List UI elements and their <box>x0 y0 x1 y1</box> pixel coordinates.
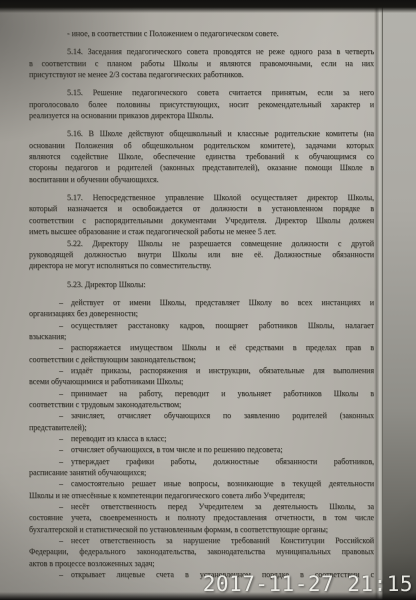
text-line: проголосовало более половины присутствую… <box>29 99 374 110</box>
text-line: 5.23. Директор Школы: <box>29 279 374 290</box>
text-line: Школы и не отнесённые к компетенции педа… <box>29 490 374 501</box>
text-line: – осуществляет расстановку кадров, поощр… <box>29 320 374 331</box>
document-page: - иное, в соответствии с Положением о пе… <box>0 3 382 600</box>
text-line: присутствуют не менее 2/3 состава педаго… <box>29 69 374 80</box>
text-line: 5.22. Директору Школы не разрешается сов… <box>29 238 374 249</box>
text-line: 5.15. Решение педагогического совета счи… <box>29 87 374 98</box>
text-line: соответствии с трудовым законодательство… <box>29 399 374 410</box>
page-fold-edge <box>374 0 383 600</box>
text-line: всеми обучающимися и работниками Школы; <box>29 376 374 387</box>
text-line: соответствии с распорядительными докумен… <box>29 215 374 226</box>
text-line: директора не могут исполняться по совмес… <box>29 260 374 271</box>
text-line: – переводит из класса в класс; <box>29 433 374 444</box>
text-line: руководящей должностью внутри Школы или … <box>29 249 374 260</box>
text-line: основании Положения об общешкольном роди… <box>29 140 374 151</box>
text-line: – действует от имени Школы, представляет… <box>29 297 374 308</box>
document-photo: - иное, в соответствии с Положением о пе… <box>0 0 416 600</box>
text-line: 5.14. Заседания педагогического совета п… <box>29 46 374 57</box>
text-line: воспитании и обучении обучающихся. <box>29 174 374 185</box>
text-line: расписание занятий обучающихся; <box>29 467 374 478</box>
text-line: который назначается и освобождается от д… <box>29 203 374 214</box>
text-line: – распоряжается имуществом Школы и её ср… <box>29 342 374 353</box>
text-line: актов в процессе возложенных задач; <box>29 558 374 569</box>
text-line: – несёт ответственность перед Учредителе… <box>29 501 374 512</box>
text-line: – утверждает графики работы, должностные… <box>29 456 374 467</box>
text-line: соответствии с действующим законодательс… <box>29 354 374 365</box>
text-line: представителей); <box>29 422 374 433</box>
text-line: Федерации, федерального законодательства… <box>29 546 374 557</box>
text-line: являются содействие Школе, обеспечение е… <box>29 151 374 162</box>
text-line: – принимает на работу, переводит и уволь… <box>29 388 374 399</box>
text-line: взыскания; <box>29 331 374 342</box>
text-line: - иное, в соответствии с Положением о пе… <box>29 28 374 39</box>
text-line: иметь высшее образование и стаж педагоги… <box>29 226 374 237</box>
text-line: – отчисляет обучающихся, в том числе и п… <box>29 444 374 455</box>
document-text: - иное, в соответствии с Положением о пе… <box>29 28 374 580</box>
text-line: реализуется на основании приказов директ… <box>29 110 374 121</box>
underlying-page-surface <box>383 0 416 600</box>
text-line: 5.16. В Школе действуют общешкольный и к… <box>29 128 374 139</box>
text-line: бухгалтерской и статистической по устано… <box>29 524 374 535</box>
text-line: – несет ответственность за нарушение тре… <box>29 535 374 546</box>
text-line: организациях без доверенности; <box>29 308 374 319</box>
text-line: в соответствии с планом работы Школы и я… <box>29 58 374 69</box>
text-line: состояние учета, своевременность и полно… <box>29 512 374 523</box>
text-line: – зачисляет, отчисляет обучающихся по за… <box>29 410 374 421</box>
text-line: 5.17. Непосредственное управление Школой… <box>29 192 374 203</box>
text-line: – издаёт приказы, распоряжения и инструк… <box>29 365 374 376</box>
text-line: стороны педагогов и родителей (законных … <box>29 162 374 173</box>
photo-top-edge <box>0 0 416 13</box>
camera-timestamp: 2017-11-27 21:15 <box>203 572 413 596</box>
text-line: – самостоятельно решает иные вопросы, во… <box>29 478 374 489</box>
